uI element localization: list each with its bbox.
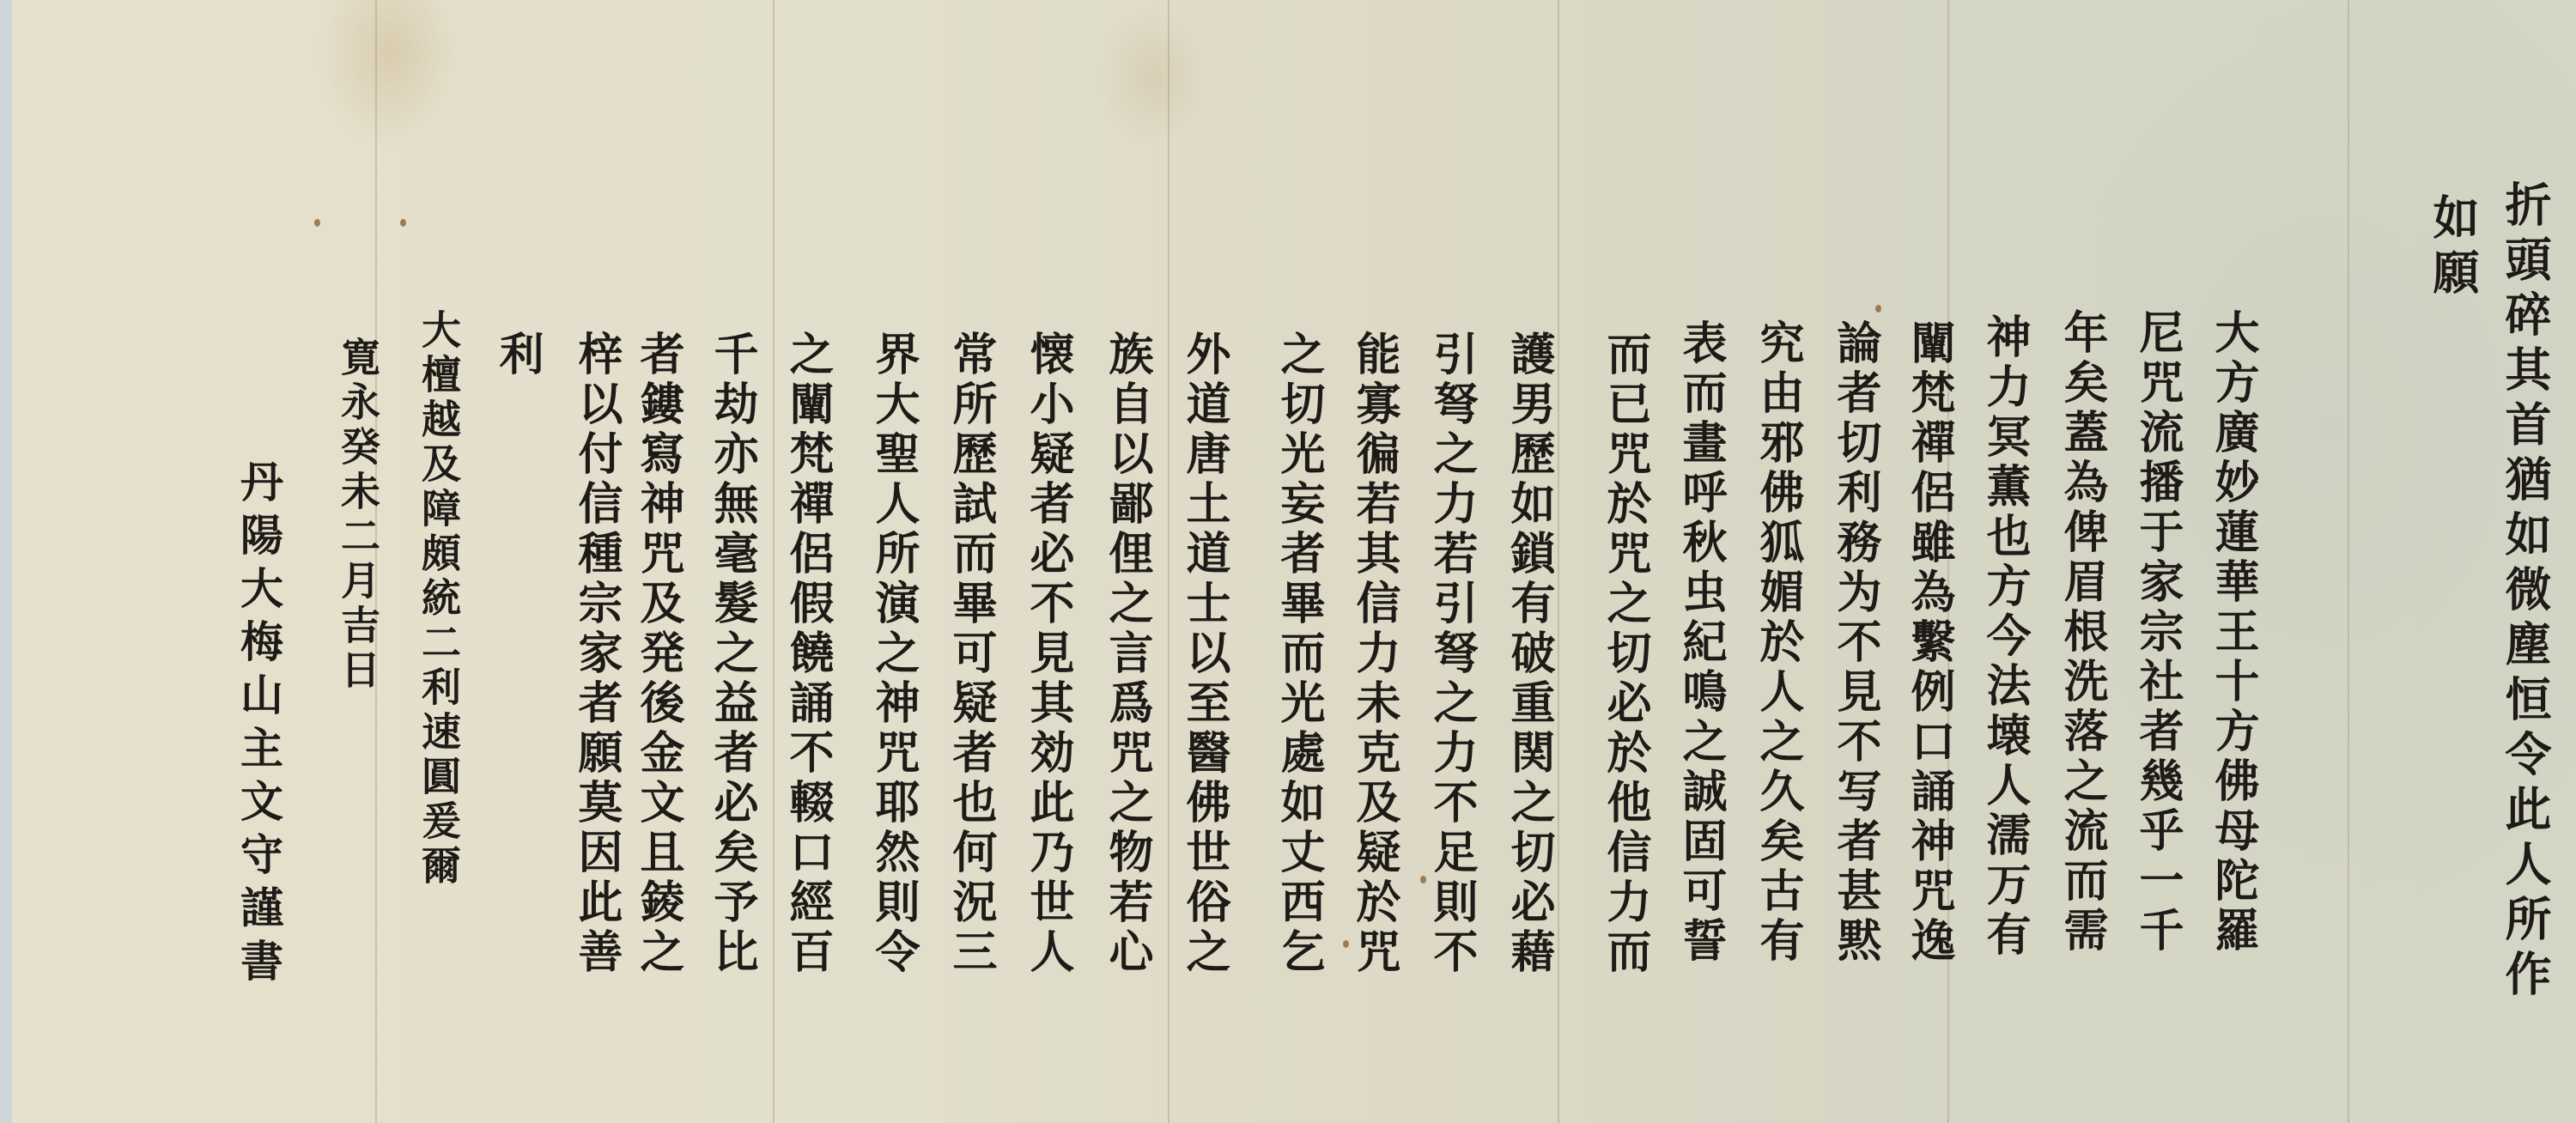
paper-fold [1558, 0, 1559, 1123]
main-column-3: 年矣蓋為俾眉根洗落之流而需 [2059, 309, 2104, 956]
main-column-19: 之闡梵禪侶假饒誦不輟口經百 [785, 331, 829, 978]
paper-fold [2348, 0, 2349, 1123]
main-column-5: 闡梵禪侶雖為繫例口誦神咒逸 [1906, 319, 1951, 967]
main-column-22: 梓以付信種宗家者願莫因此善 [574, 331, 618, 978]
main-column-16: 懐小疑者必不見其効此乃世人 [1025, 331, 1070, 978]
main-column-9: 而已咒於咒之切必於他信力而 [1602, 331, 1647, 978]
colophon-signature: 丹陽大梅山主文守謹書 [237, 459, 280, 992]
main-column-11: 引弩之力若引弩之力不足則不 [1429, 331, 1473, 978]
main-column-20: 千劫亦無毫髮之益者必矣予比 [709, 331, 754, 978]
main-column-6: 論者切利務为不見不写者甚黙 [1832, 319, 1877, 967]
main-column-10: 護男歷如鎖有破重関之切必藉 [1506, 331, 1551, 978]
main-column-12: 能寡徧若其信力未克及疑於咒 [1352, 331, 1396, 978]
main-column-18: 界大聖人所演之神咒耶然則令 [871, 331, 915, 978]
main-column-21: 者鏤寫神咒及発後金文且錂之 [635, 331, 680, 978]
main-column-4: 神力冥薫也方今法壊人濡万有 [1982, 313, 2026, 961]
main-column-14: 外道唐土道士以至醫佛世俗之 [1182, 331, 1226, 978]
paper-fold [1168, 0, 1170, 1123]
preface-column-1: 折頭碎其首猶如微塵恒令此人所作 [2502, 180, 2549, 1005]
manuscript-scroll: 折頭碎其首猶如微塵恒令此人所作 如願 大方廣妙蓮華王十方佛母陀羅 尼咒流播于家宗… [12, 0, 2576, 1123]
ink-speck [1875, 305, 1881, 313]
colophon-date: 寛永癸未二月吉日 [338, 337, 378, 694]
main-column-8: 表而畫呼秋虫紀鳴之誠固可誓 [1678, 319, 1722, 967]
colophon-dedication: 大檀越及障頗統二利速圓爰爾 [419, 309, 459, 889]
main-column-2: 尼咒流播于家宗社者幾乎一千 [2135, 309, 2179, 956]
main-column-13: 之切光妄者畢而光處如丈西乞 [1276, 331, 1321, 978]
main-column-1: 大方廣妙蓮華王十方佛母陀羅 [2210, 309, 2255, 956]
preface-column-2: 如願 [2430, 193, 2476, 303]
paper-fold [773, 0, 775, 1123]
main-column-23: 利 [495, 331, 539, 380]
ink-speck [400, 219, 406, 227]
main-column-17: 常所歷試而畢可疑者也何況三 [948, 331, 993, 978]
ink-speck [314, 219, 320, 227]
main-column-7: 究由邪佛狐媚於人之久矣古有 [1755, 319, 1800, 967]
main-column-15: 族自以鄙俚之言爲咒之物若心 [1104, 331, 1149, 978]
